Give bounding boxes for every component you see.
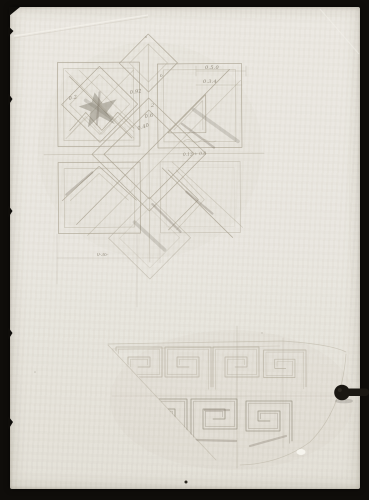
ink-speck [185,481,188,484]
dimension-label: 6 [160,74,163,79]
dust-speck [145,36,147,38]
dimension-label: 0.3.4 [203,79,217,85]
dust-speck [261,332,262,333]
scanned-sketch-photo: 0.5.0 0.3.4 0.92 2 0.6 0.40 0.2 6 0.13 +… [0,0,369,500]
paper-damage-spot [297,449,306,455]
dimension-label: 0.5.0 [205,65,220,71]
paper-edge-notches [8,7,20,430]
sketch-canvas: 0.5.0 0.3.4 0.92 2 0.6 0.40 0.2 6 0.13 +… [0,0,369,500]
smudge-lower [110,330,354,470]
dimension-label: 0-36- [97,253,109,258]
dimension-label: 2 [150,103,154,109]
dust-speck [34,371,36,373]
